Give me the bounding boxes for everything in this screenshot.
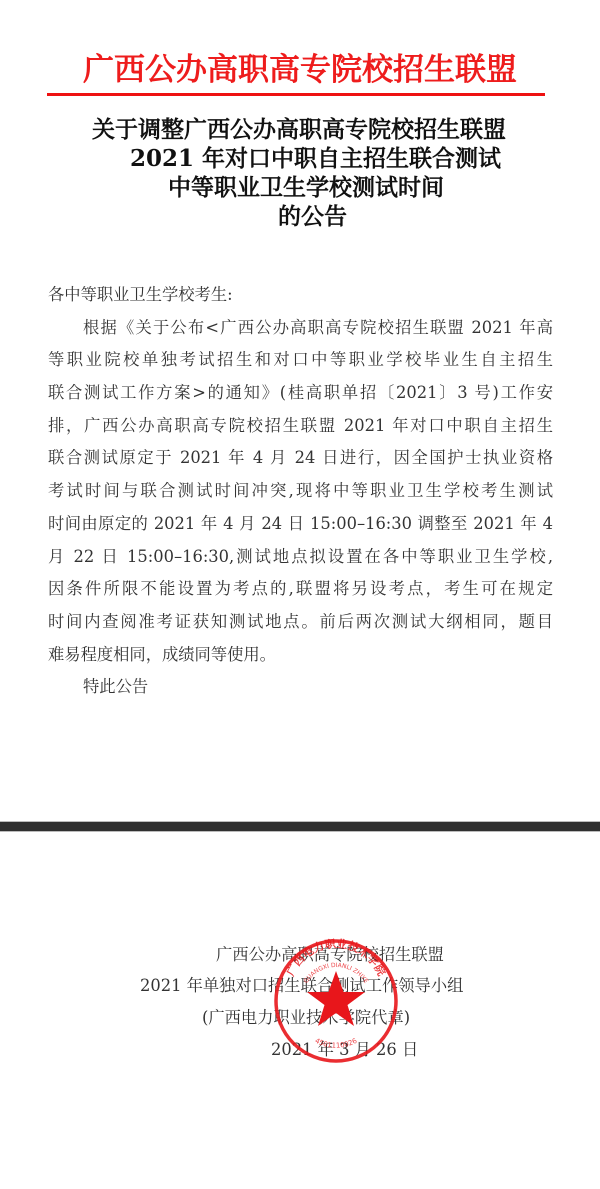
paragraph-line: 难易程度相同，成绩同等使用。	[48, 639, 553, 672]
paragraph-line: 等职业院校单独考试招生和对口中等职业学校毕业生自主招生	[48, 344, 553, 377]
heading-line-1: 关于调整广西公办高职高专院校招生联盟	[92, 115, 506, 144]
paragraph-line: 根据《关于公布<广西公办高职高专院校招生联盟 2021 年高	[48, 312, 553, 345]
paragraph-line: 因条件所限不能设置为考点的,联盟将另设考点，考生可在规定	[48, 573, 553, 606]
paragraph-line: 联合测试工作方案>的通知》(桂高职单招〔2021〕3 号)工作安	[48, 377, 553, 410]
salutation: 各中等职业卫生学校考生:	[48, 279, 553, 312]
heading-line-3: 中等职业卫生学校测试时间	[168, 173, 444, 202]
paragraph-line: 时间由原定的 2021 年 4 月 24 日 15:00–16:30 调整至 2…	[48, 508, 553, 541]
paragraph-line: 考试时间与联合测试时间冲突,现将中等职业卫生学校考生测试	[48, 475, 553, 508]
paragraph-line: 时间内查阅准考证获知测试地点。前后两次测试大纲相同，题目	[48, 606, 553, 639]
notice-body: 各中等职业卫生学校考生: 根据《关于公布<广西公办高职高专院校招生联盟 2021…	[48, 279, 553, 704]
closing-text: 特此公告	[48, 671, 553, 704]
svg-text:4501110026: 4501110026	[314, 1037, 359, 1050]
official-seal: 广西电力职业技术学院 GUANGXI DIANLI ZHIYE 45011100…	[272, 937, 400, 1065]
heading-line-2: 2021 年对口中职自主招生联合测试	[130, 144, 501, 173]
paragraph-line: 排，广西公办高职高专院校招生联盟 2021 年对口中职自主招生	[48, 410, 553, 443]
paragraph-line: 月 22 日 15:00–16:30,测试地点拟设置在各中等职业卫生学校,	[48, 541, 553, 574]
seal-stamp-icon: 广西电力职业技术学院 GUANGXI DIANLI ZHIYE 45011100…	[272, 937, 400, 1065]
page-separator-bar	[0, 821, 600, 832]
red-divider	[47, 93, 545, 96]
paragraph-line: 联合测试原定于 2021 年 4 月 24 日进行，因全国护士执业资格	[48, 442, 553, 475]
org-title: 广西公办高职高专院校招生联盟	[0, 50, 600, 90]
heading-line-4: 的公告	[278, 202, 347, 231]
